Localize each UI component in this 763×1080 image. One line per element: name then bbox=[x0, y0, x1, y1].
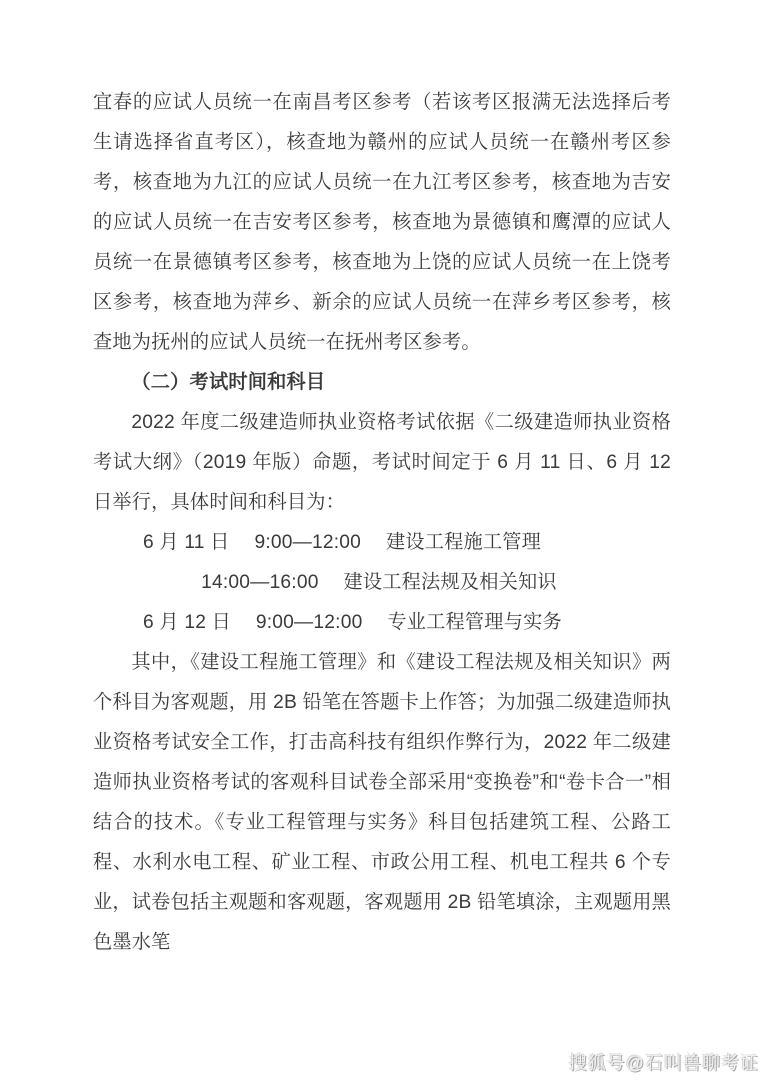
schedule-row-june-11-morning: 6 月 11 日 9:00—12:00 建设工程施工管理 bbox=[143, 523, 671, 563]
paragraph-exam-format: 其中，《建设工程施工管理》和《建设工程法规及相关知识》两个科目为客观题，用 2B… bbox=[93, 643, 671, 963]
paragraph-exam-dates: 2022 年度二级建造师执业资格考试依据《二级建造师执业资格考试大纲》（2019… bbox=[93, 403, 671, 523]
paragraph-exam-districts: 宜春的应试人员统一在南昌考区参考（若该考区报满无法选择后考生请选择省直考区），核… bbox=[93, 83, 671, 363]
document-content: 宜春的应试人员统一在南昌考区参考（若该考区报满无法选择后考生请选择省直考区），核… bbox=[93, 83, 671, 963]
document-page: 宜春的应试人员统一在南昌考区参考（若该考区报满无法选择后考生请选择省直考区），核… bbox=[0, 0, 763, 1080]
exam-schedule: 6 月 11 日 9:00—12:00 建设工程施工管理 14:00—16:00… bbox=[143, 523, 671, 643]
schedule-row-june-12-morning: 6 月 12 日 9:00—12:00 专业工程管理与实务 bbox=[143, 603, 671, 643]
schedule-row-june-11-afternoon: 14:00—16:00 建设工程法规及相关知识 bbox=[143, 563, 671, 603]
watermark-sohu-account: 搜狐号@石叫兽聊考证 bbox=[569, 1049, 759, 1075]
section-heading-exam-time-subjects: （二）考试时间和科目 bbox=[93, 363, 671, 403]
